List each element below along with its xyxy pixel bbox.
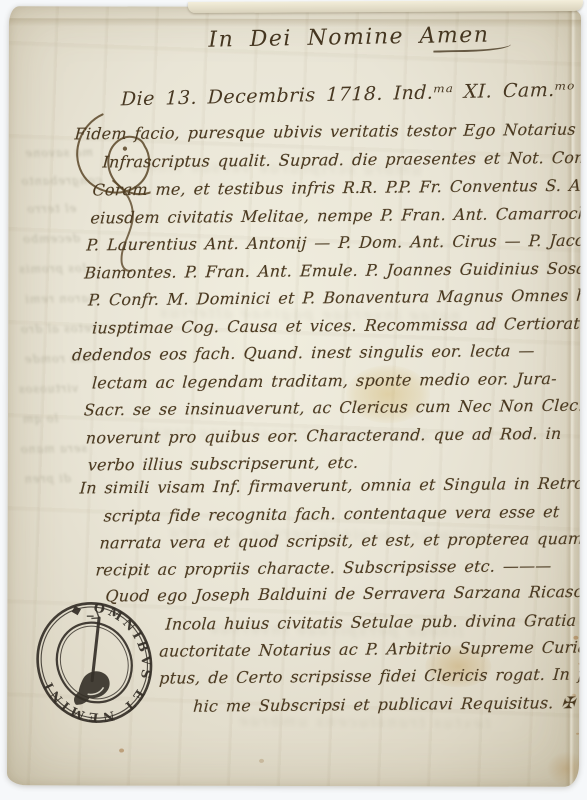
manuscript-line: Infrascriptus qualit. Suprad. die praese…: [102, 147, 581, 171]
manuscript-line: iusptimae Cog. Causa et vices. Recommiss…: [92, 314, 581, 338]
manuscript-line: Incola huius civitatis Setulae pub. divi…: [165, 610, 581, 634]
verso-bleed-line: saron remi: [24, 292, 95, 306]
manuscript-scan: ma savone congrebanto el terro decembo l…: [0, 0, 587, 800]
verso-bleed-line: retos al dro: [20, 322, 97, 336]
manuscript-line: lectam ac legendam traditam, sponte medi…: [91, 369, 557, 392]
manuscript-line: auctoritate Notarius ac P. Arbitrio Supr…: [159, 637, 581, 661]
verso-bleed-line: sera mano: [20, 442, 87, 456]
manuscript-line: verbo illius subscripserunt, etc.: [87, 453, 359, 475]
manuscript-line: Fidem facio, puresque ubivis veritatis t…: [74, 119, 581, 143]
verso-bleed-line: di pren: [24, 472, 71, 486]
manuscript-line: Coram me, et testibus infris R.R. P.P. F…: [92, 176, 581, 200]
manuscript-line: Quod ego Joseph Balduini de Serravera Sa…: [105, 582, 581, 606]
paper-top-edge: [188, 0, 583, 13]
manuscript-line: dedendos eos fach. Quand. inest singulis…: [72, 341, 536, 364]
manuscript-line: In simili visam Inf. firmaverunt, omnia …: [79, 474, 581, 498]
verso-bleed-line: virtuosos: [18, 382, 78, 396]
manuscript-line: eiusdem civitatis Melitae, nempe P. Fran…: [90, 204, 581, 228]
manuscript-line: P. Confr. M. Dominici et P. Bonaventura …: [88, 286, 581, 310]
dateline: Die 13. Decembris 1718. Ind.ᵐᵃ XI. Cam.ᵐ…: [121, 74, 581, 110]
manuscript-line: scripta fide recognita fach. contentaque…: [103, 502, 560, 525]
manuscript-line: Sacr. se se insinuaverunt, ac Clericus c…: [83, 396, 581, 420]
manuscript-line: recipit ac propriis characte. Subscripsi…: [95, 556, 552, 579]
manuscript-line: Biamontes. P. Fran. Ant. Emule. P. Joann…: [84, 259, 581, 283]
manuscript-line: narrata vera et quod scripsit, et est, e…: [99, 528, 581, 552]
manuscript-paper: ma savone congrebanto el terro decembo l…: [7, 6, 581, 786]
manuscript-line: ptus, de Certo scripsisse fidei Clericis…: [159, 664, 581, 687]
manuscript-line: noverunt pro quibus eor. Characterand. q…: [85, 424, 562, 448]
manuscript-line: P. Laurentius Ant. Antonij — P. Dom. Ant…: [86, 230, 581, 254]
foxing-spots: [119, 749, 124, 753]
verso-bleed-line: lo qm: [22, 412, 58, 426]
manuscript-line: hic me Subscripsi et publicavi Requisitu…: [193, 693, 576, 716]
